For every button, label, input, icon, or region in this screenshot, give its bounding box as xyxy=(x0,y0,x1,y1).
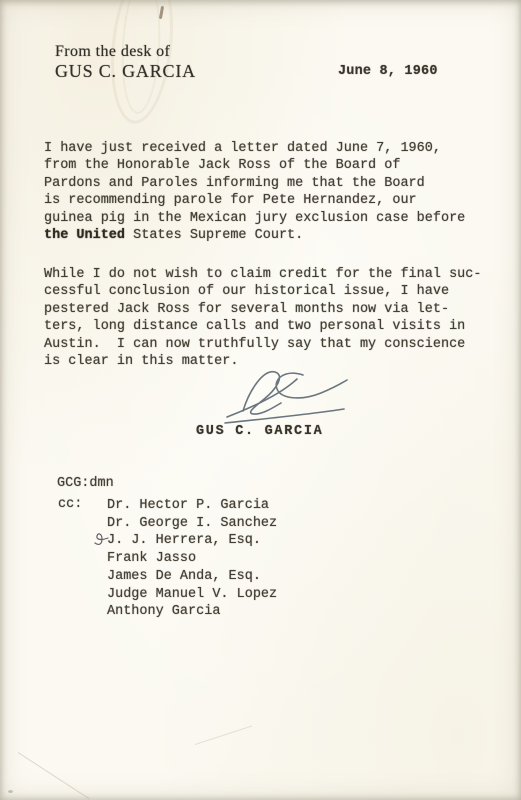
text-line: I have just received a letter dated June… xyxy=(44,140,494,157)
cc-list: Dr. Hector P. GarciaDr. George I. Sanche… xyxy=(107,497,277,621)
typist-initials: GCG:dmn xyxy=(57,476,114,491)
text-line: is recommending parole for Pete Hernande… xyxy=(44,192,494,209)
paper-scratch xyxy=(18,752,90,799)
scanned-letter-page: From the desk of GUS C. GARCIA June 8, 1… xyxy=(0,0,521,800)
letter-date: June 8, 1960 xyxy=(338,64,438,79)
text-line: Pardons and Paroles informing me that th… xyxy=(44,175,494,192)
letterhead: From the desk of GUS C. GARCIA xyxy=(55,42,196,82)
text-line: Anthony Garcia xyxy=(107,603,277,621)
paper-scratch xyxy=(195,725,252,744)
text-line: J. J. Herrera, Esq. xyxy=(107,532,277,550)
text-line: ters, long distance calls and two person… xyxy=(44,318,494,335)
letterhead-line1: From the desk of xyxy=(55,42,196,61)
paragraph-1: I have just received a letter dated June… xyxy=(44,140,494,244)
paragraph-2: While I do not wish to claim credit for … xyxy=(44,266,494,370)
text-line: pestered Jack Ross for several months no… xyxy=(44,301,494,318)
text-line: James De Anda, Esq. xyxy=(107,568,277,586)
text-line: Austin. I can now truthfully say that my… xyxy=(44,336,494,353)
text-line: from the Honorable Jack Ross of the Boar… xyxy=(44,157,494,174)
handwritten-signature-icon xyxy=(223,367,355,430)
text-line: guinea pig in the Mexican jury exclusion… xyxy=(44,210,494,227)
letterhead-line2: GUS C. GARCIA xyxy=(55,61,196,82)
text-line: While I do not wish to claim credit for … xyxy=(44,266,494,283)
text-line: Dr. Hector P. Garcia xyxy=(107,497,277,515)
text-line: the United States Supreme Court. xyxy=(44,227,494,244)
text-line: cessful conclusion of our historical iss… xyxy=(44,283,494,300)
signed-name: GUS C. GARCIA xyxy=(196,424,323,439)
text-line: Frank Jasso xyxy=(107,550,277,568)
paper-speck xyxy=(8,790,13,793)
cc-label: cc: xyxy=(58,497,82,512)
text-line: Judge Manuel V. Lopez xyxy=(107,586,277,604)
text-line: Dr. George I. Sanchez xyxy=(107,515,277,533)
handwritten-check-icon xyxy=(93,531,111,549)
